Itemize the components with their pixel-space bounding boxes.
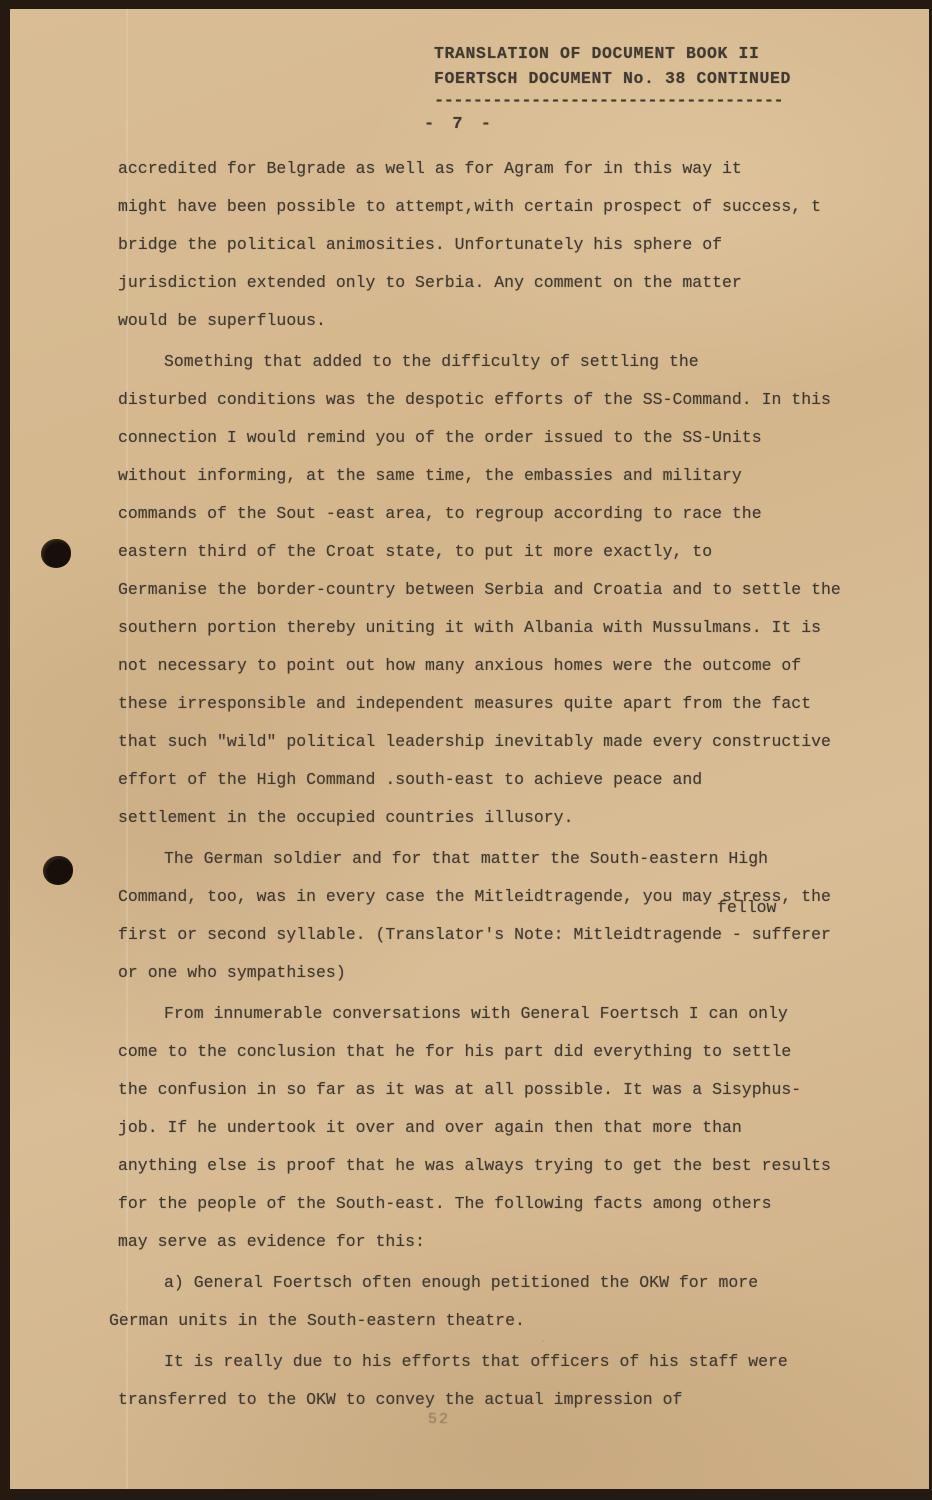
text-line: a) General Foertsch often enough petitio… bbox=[118, 1264, 848, 1302]
text-line: bridge the political animosities. Unfort… bbox=[118, 226, 848, 264]
text-line: It is really due to his efforts that off… bbox=[118, 1343, 848, 1381]
text-line: accredited for Belgrade as well as for A… bbox=[118, 150, 848, 188]
punch-hole bbox=[41, 539, 71, 568]
text-line: would be superfluous. bbox=[118, 302, 848, 340]
text-line: transferred to the OKW to convey the act… bbox=[118, 1381, 848, 1419]
text-line: southern portion thereby uniting it with… bbox=[118, 609, 848, 647]
text-line: anything else is proof that he was alway… bbox=[118, 1147, 848, 1185]
scan-edge-top bbox=[0, 0, 932, 9]
text-line: these irresponsible and independent meas… bbox=[118, 685, 848, 723]
text-line: for the people of the South-east. The fo… bbox=[118, 1185, 848, 1223]
page-number: - 7 - bbox=[424, 115, 495, 134]
text-line: not necessary to point out how many anxi… bbox=[118, 647, 848, 685]
text-line: come to the conclusion that he for his p… bbox=[118, 1033, 848, 1071]
text-line: disturbed conditions was the despotic ef… bbox=[118, 381, 848, 419]
text-line: first or second syllable. (Translator's … bbox=[118, 916, 848, 954]
text-line: Something that added to the difficulty o… bbox=[118, 343, 848, 381]
text-line: From innumerable conversations with Gene… bbox=[118, 995, 848, 1033]
text-line: jurisdiction extended only to Serbia. An… bbox=[118, 264, 848, 302]
scan-edge-left bbox=[0, 0, 10, 1500]
scan-edge-bottom bbox=[0, 1489, 932, 1500]
text-line: eastern third of the Croat state, to put… bbox=[118, 533, 848, 571]
paragraph: Something that added to the difficulty o… bbox=[118, 343, 848, 837]
text-line: the confusion in so far as it was at all… bbox=[118, 1071, 848, 1109]
body-text: accredited for Belgrade as well as for A… bbox=[118, 150, 848, 1419]
punch-hole bbox=[43, 856, 73, 885]
paragraph: From innumerable conversations with Gene… bbox=[118, 995, 848, 1261]
document-header: TRANSLATION OF DOCUMENT BOOK II FOERTSCH… bbox=[434, 41, 791, 114]
text-line: that such "wild" political leadership in… bbox=[118, 723, 848, 761]
text-line: without informing, at the same time, the… bbox=[118, 457, 848, 495]
text-line: German units in the South-eastern theatr… bbox=[109, 1302, 848, 1340]
paragraph: a) General Foertsch often enough petitio… bbox=[118, 1264, 848, 1340]
paragraph: It is really due to his efforts that off… bbox=[118, 1343, 848, 1419]
footer-faint-mark: 52 bbox=[428, 1411, 450, 1428]
paragraph: The German soldier and for that matter t… bbox=[118, 840, 848, 992]
text-line: might have been possible to attempt,with… bbox=[118, 188, 848, 226]
paragraph: accredited for Belgrade as well as for A… bbox=[118, 150, 848, 340]
text-line: job. If he undertook it over and over ag… bbox=[118, 1109, 848, 1147]
text-line: commands of the Sout -east area, to regr… bbox=[118, 495, 848, 533]
text-line: The German soldier and for that matter t… bbox=[118, 840, 848, 878]
text-line: effort of the High Command .south-east t… bbox=[118, 761, 848, 799]
text-line: connection I would remind you of the ord… bbox=[118, 419, 848, 457]
text-line: may serve as evidence for this: bbox=[118, 1223, 848, 1261]
document-page: TRANSLATION OF DOCUMENT BOOK II FOERTSCH… bbox=[10, 9, 929, 1489]
header-line-2: FOERTSCH DOCUMENT No. 38 CONTINUED bbox=[434, 66, 791, 91]
text-line: settlement in the occupied countries ill… bbox=[118, 799, 848, 837]
text-line: Germanise the border-country between Ser… bbox=[118, 571, 848, 609]
superscript-insertion: fellow bbox=[717, 900, 776, 916]
text-line: or one who sympathises) bbox=[118, 954, 848, 992]
header-dashed-rule: ------------------------------------ bbox=[434, 89, 791, 114]
header-line-1: TRANSLATION OF DOCUMENT BOOK II bbox=[434, 41, 791, 66]
